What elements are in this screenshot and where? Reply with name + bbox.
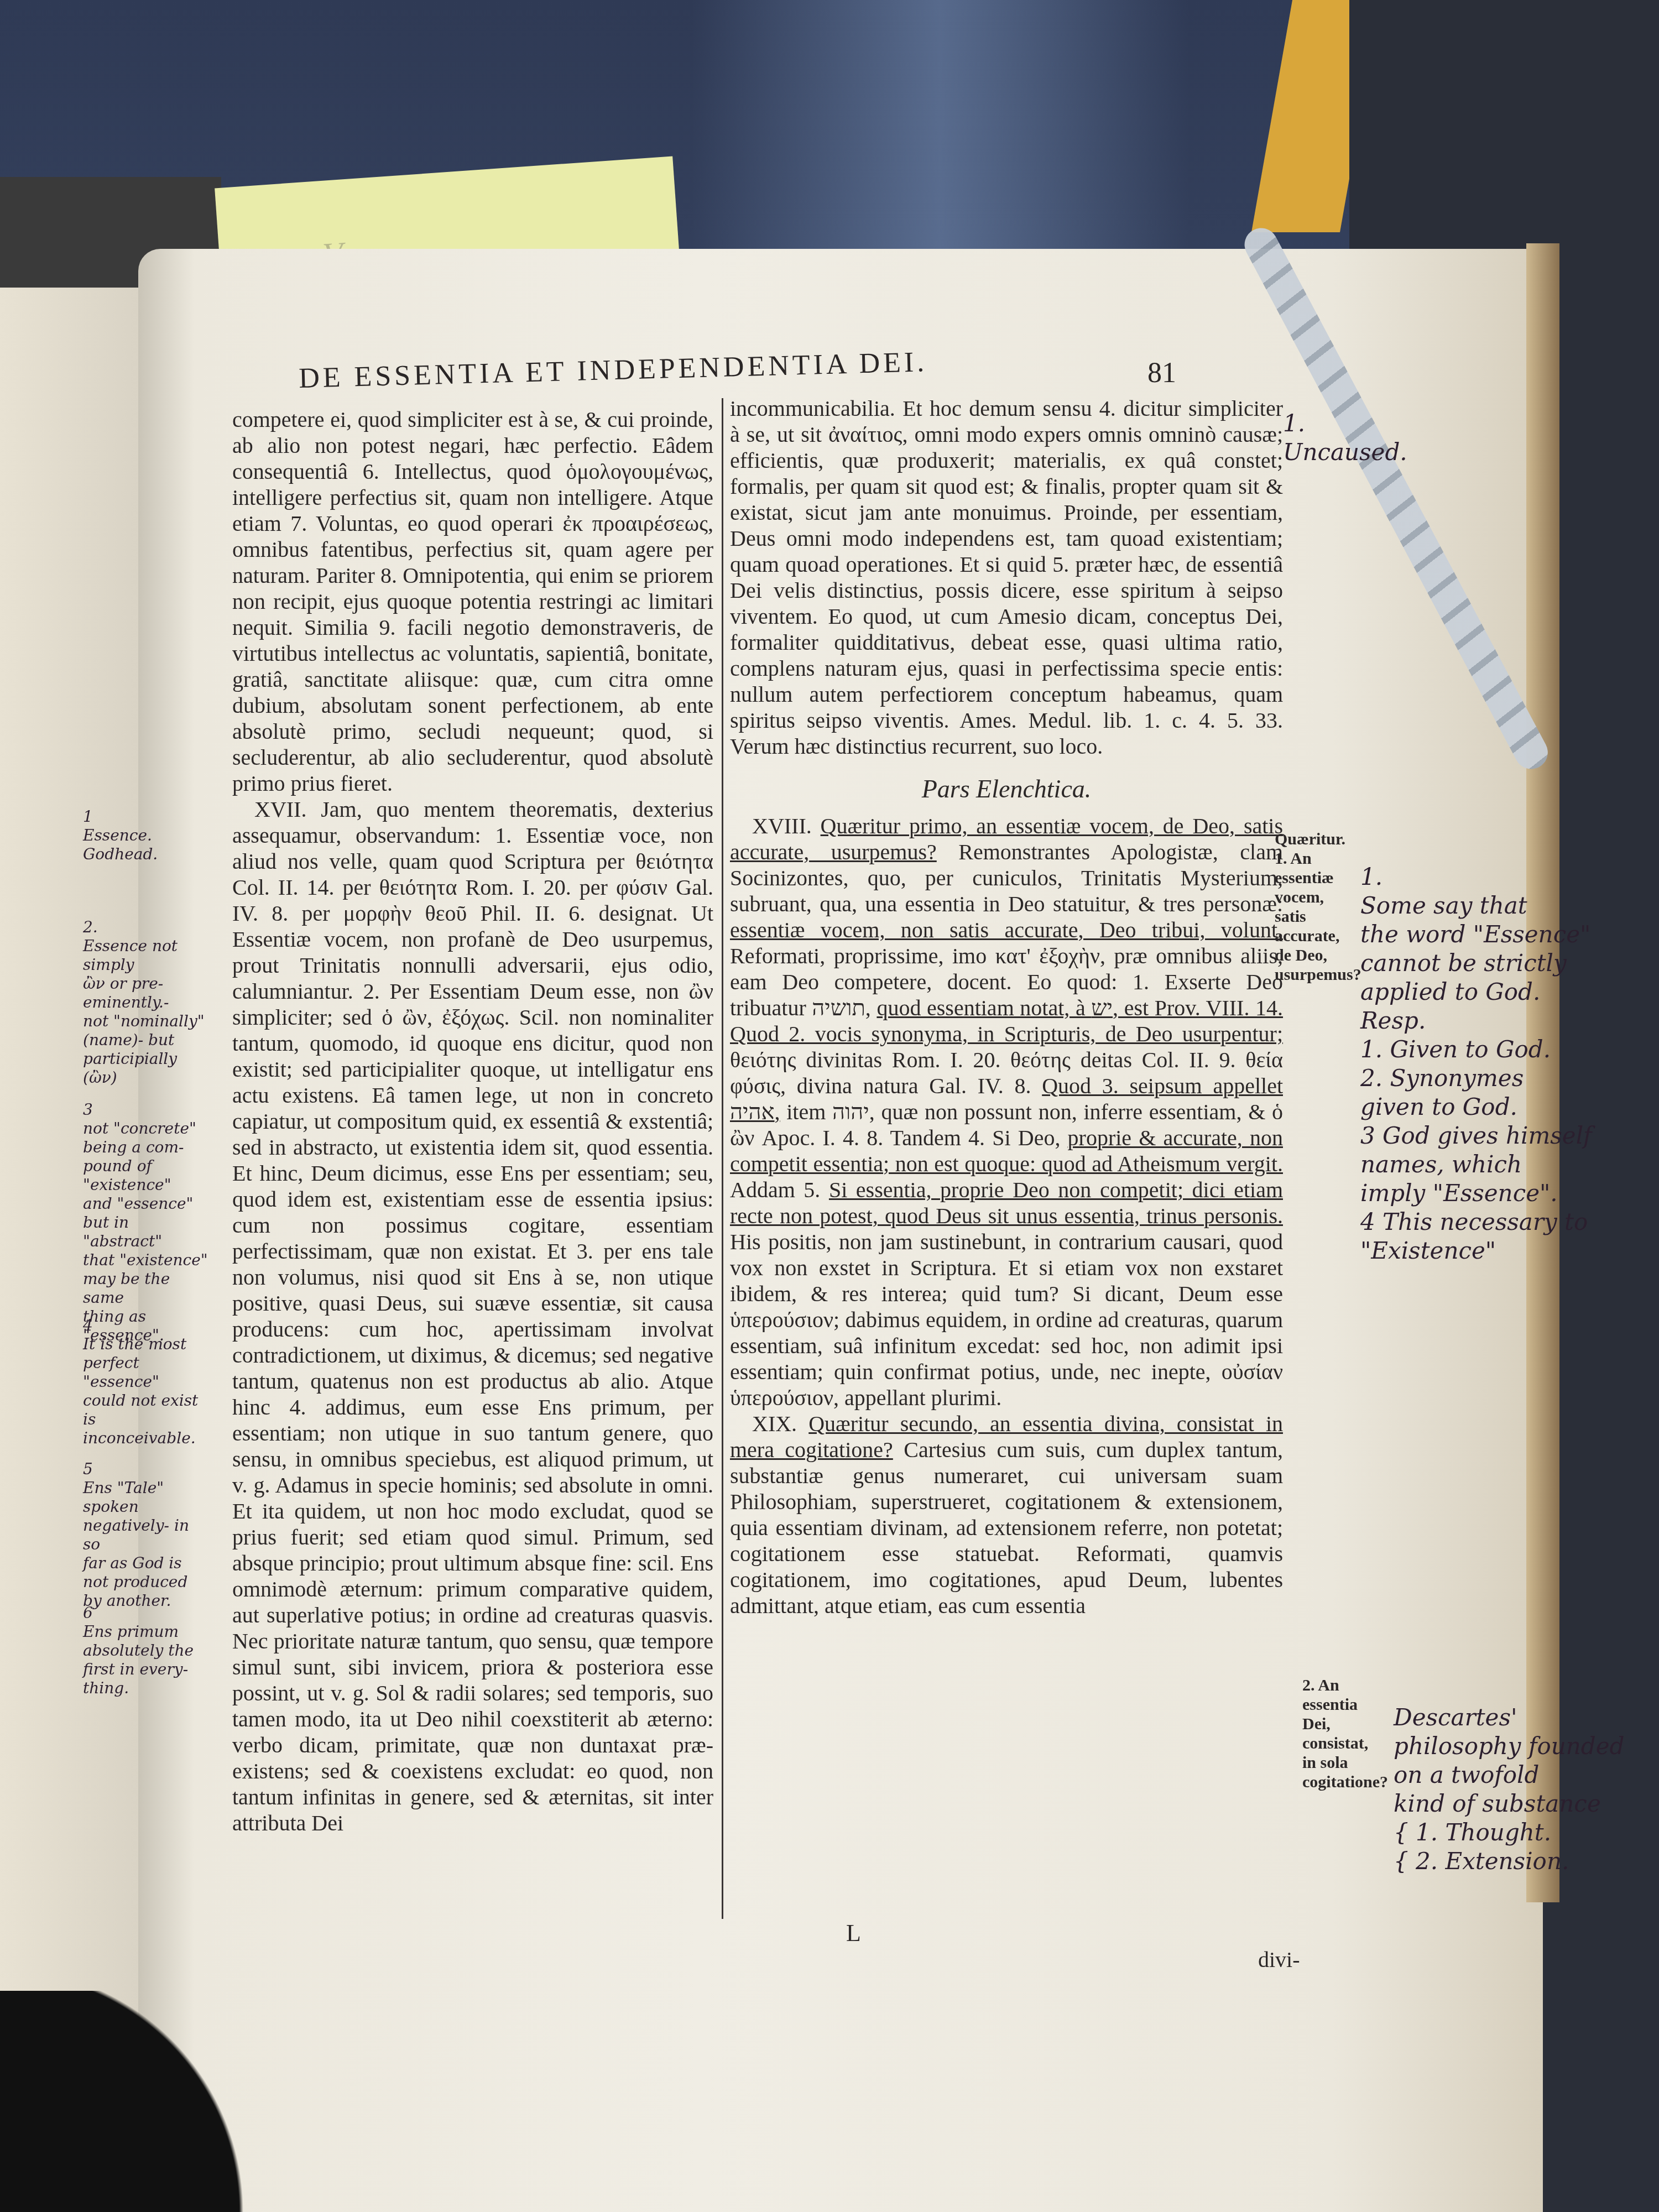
handwritten-note-essence-argument: 1. Some say that the word "Essence" cann… [1360,863,1593,1265]
page-number: 81 [1147,357,1176,389]
note-number: 5 [83,1460,210,1479]
note-line: 4 This necessary to "Existence" [1360,1208,1593,1265]
note-number: 4 [83,1316,210,1335]
handwritten-note-descartes: Descartes' philosophy founded on a twofo… [1394,1703,1626,1876]
paragraph-xviii: XVIII. Quæritur primo, an essentiæ vocem… [730,813,1283,1411]
note-number: 6 [83,1604,210,1623]
right-text-column: incommunicabilia. Et hoc demum sensu 4. … [730,395,1283,1619]
note-line: first in every- [83,1660,210,1679]
body-text: Cartesius cum suis, cum duplex tantum, s… [730,1437,1283,1618]
note-line: spoken negatively- in so [83,1498,210,1554]
note-line: may be the same [83,1270,210,1307]
printed-margin-note-2: 2. An essentia Dei, consistat, in sola c… [1302,1676,1369,1792]
note-text: Uncaused. [1283,438,1407,467]
note-line: Godhead. [83,845,210,864]
paragraph-number: XIX. [752,1411,797,1436]
table-shadow [0,1991,332,2212]
margin-label: Quæritur. [1275,830,1345,849]
body-text: Addam 5. [730,1177,829,1202]
note-line: (name)- but [83,1031,210,1050]
note-line: { 1. Thought. [1394,1818,1626,1847]
note-line: is inconceivable. [83,1410,210,1448]
handwritten-left-note-1: 1 Essence. Godhead. [83,807,210,864]
signature-mark: L [846,1919,861,1947]
note-line: on a twofold [1394,1761,1626,1790]
note-line: could not exist [83,1391,210,1410]
note-line: ὢν or pre- [83,974,210,993]
column-divider [722,398,723,1919]
note-line: and "essence" [83,1194,210,1213]
printed-margin-note-1: Quæritur. 1. An essentiæ vocem, satis ac… [1275,830,1345,984]
note-number: 1. [1360,863,1593,891]
note-line: applied to God. [1360,978,1593,1006]
handwritten-left-note-2: 2. Essence not simply ὢν or pre- eminent… [83,918,210,1087]
paragraph-number: XVIII. [752,813,812,838]
note-line: cannot be strictly [1360,949,1593,978]
note-line: Some say that [1360,891,1593,920]
handwritten-left-note-6: 6 Ens primum absolutely the first in eve… [83,1604,210,1698]
note-line: 1. Given to God. [1360,1035,1593,1064]
handwritten-left-note-5: 5 Ens "Tale" spoken negatively- in so fa… [83,1460,210,1610]
note-line: thing. [83,1679,210,1698]
note-line: not produced [83,1573,210,1592]
paragraph: competere ei, quod simpliciter est à se,… [232,406,713,796]
note-line: Ens "Tale" [83,1479,210,1498]
note-number: 1 [83,807,210,826]
paragraph-xvii: XVII. Jam, quo mentem theorematis, dexte… [232,796,713,1836]
note-line: It is the most [83,1335,210,1354]
note-line: not "concrete" [83,1119,210,1138]
note-line: 3 God gives himself names, which imply "… [1360,1121,1593,1208]
note-line: not "nominally" [83,1012,210,1031]
note-line: the word "Essence" [1360,920,1593,949]
note-line: perfect "essence" [83,1354,210,1391]
note-line: far as God is [83,1554,210,1573]
note-line: eminently.- [83,993,210,1012]
note-line: pound of "existence" [83,1157,210,1194]
section-heading: Pars Elenchtica. [730,776,1283,802]
note-line: that "existence" [83,1251,210,1270]
underlined-text: essentiæ vocem, non satis accurate, Deo … [730,917,1283,942]
catchword: divi- [1258,1947,1300,1973]
margin-text: 1. An essentiæ vocem, satis accurate, de… [1275,849,1341,984]
note-line: Descartes' philosophy founded [1394,1703,1626,1761]
handwritten-left-note-3: 3 not "concrete" being a com- pound of "… [83,1100,210,1345]
note-line: { 2. Extension. [1394,1847,1626,1876]
note-line: Ens primum [83,1623,210,1641]
margin-text: 2. An essentia Dei, consistat, in sola c… [1302,1676,1369,1792]
note-number: 1. [1283,409,1407,438]
note-line: but in "abstract" [83,1213,210,1251]
note-line: 2. Synonymes given to God. [1360,1064,1593,1121]
note-number: 3 [83,1100,210,1119]
body-text: His positis, non jam sustinebunt, in con… [730,1229,1283,1410]
note-line: simply [83,956,210,974]
handwritten-note-uncaused: 1. Uncaused. [1283,409,1407,467]
note-line: Essence. [83,826,210,845]
handwritten-left-note-4: 4 It is the most perfect "essence" could… [83,1316,210,1448]
paragraph: incommunicabilia. Et hoc demum sensu 4. … [730,395,1283,759]
paragraph-xix: XIX. Quæritur secundo, an essentia divin… [730,1411,1283,1619]
note-line: Essence not [83,937,210,956]
note-line: absolutely the [83,1641,210,1660]
note-line: participially (ὢν) [83,1050,210,1087]
note-line: being a com- [83,1138,210,1157]
note-number: 2. [83,918,210,937]
note-line: kind of substance [1394,1790,1626,1818]
left-text-column: competere ei, quod simpliciter est à se,… [232,406,713,1836]
note-line: Resp. [1360,1006,1593,1035]
